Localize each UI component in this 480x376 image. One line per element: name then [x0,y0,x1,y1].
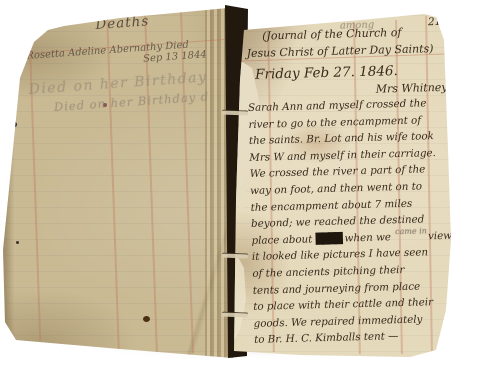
stain-spot [143,316,150,322]
stitch-thread [222,312,248,318]
deaths-heading: Deaths [24,8,221,38]
page-number: 21 [428,16,442,28]
journal-photo: Deaths Rosetta Adeline Abernathy Died Se… [0,0,480,376]
ink-speck [13,122,17,127]
left-page-text: Deaths Rosetta Adeline Abernathy Died Se… [24,8,226,115]
line-pre: place about [251,233,315,247]
stitch-thread [222,110,248,116]
entry-body: Sarah Ann and myself crossed the river t… [248,97,458,351]
attribution: Mrs Whitney [247,81,451,99]
right-page-text: 21 among (Journal of the Church of Jesus… [246,25,458,351]
line-post: view [428,229,452,242]
stain-spot [446,22,449,25]
stitch-thread [222,253,248,259]
blotted-word: ████ [315,232,341,245]
pencil-insertion: among [340,20,375,32]
pencil-insertion: came in [395,226,427,236]
journal-header-line: Jesus Christ of Latter Day Saints) [246,42,450,60]
line-mid: when we [341,231,394,244]
ink-speck [16,241,19,244]
entry-date: Friday Feb 27. 1846. [255,62,451,83]
